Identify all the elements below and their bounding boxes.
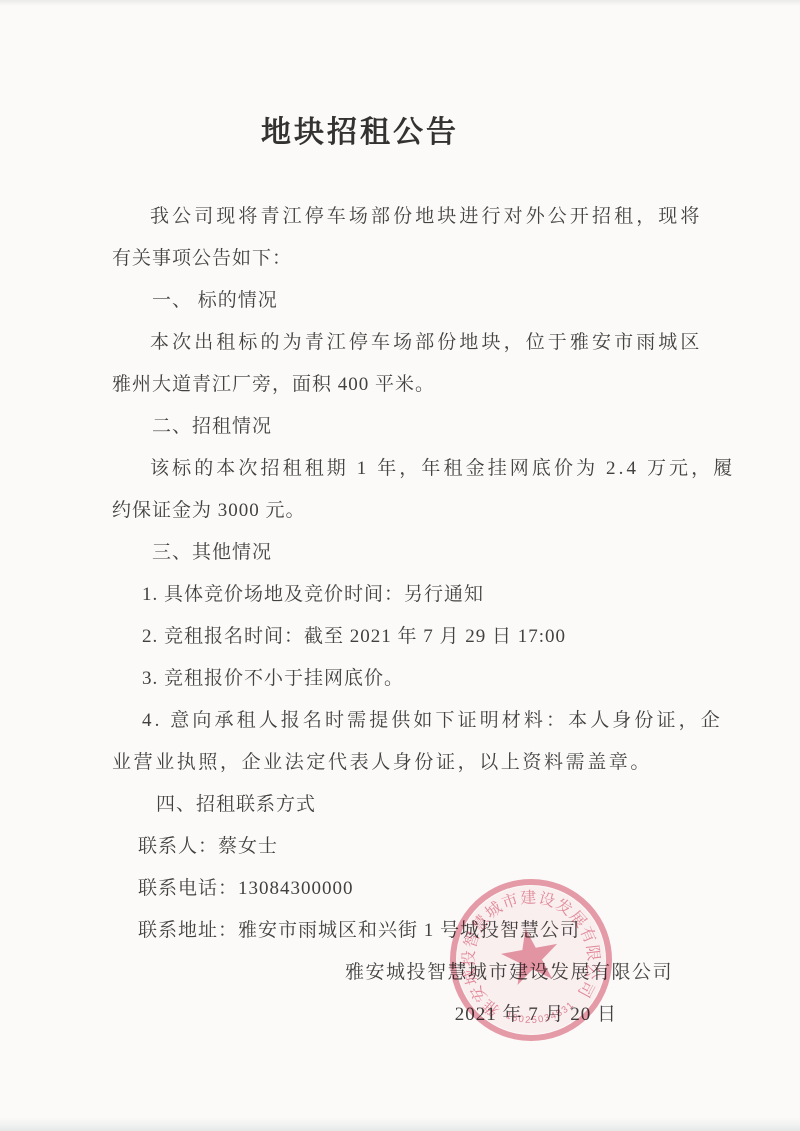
section-heading: 三、其他情况: [112, 532, 700, 574]
section-heading: 一、 标的情况: [112, 280, 700, 322]
scan-bottom-edge: [0, 1117, 800, 1131]
list-item: 2. 竞租报名时间：截至 2021 年 7 月 29 日 17:00: [112, 616, 700, 658]
signature-date-line: 2021 年 7 月 20 日: [112, 994, 700, 1036]
contact-person-line: 联系人：蔡女士: [112, 826, 700, 868]
paragraph-line: 我公司现将青江停车场部份地块进行对外公开招租，现将: [112, 196, 700, 238]
list-item: 1. 具体竞价场地及竞价时间：另行通知: [112, 574, 700, 616]
contact-phone-line: 联系电话：13084300000: [112, 868, 700, 910]
signature-company-line: 雅安城投智慧城市建设发展有限公司: [112, 952, 700, 994]
document-page: 地块招租公告 我公司现将青江停车场部份地块进行对外公开招租，现将 有关事项公告如…: [0, 0, 800, 1131]
document-content: 地块招租公告 我公司现将青江停车场部份地块进行对外公开招租，现将 有关事项公告如…: [0, 112, 800, 1036]
list-item-continuation: 业营业执照，企业法定代表人身份证，以上资料需盖章。: [112, 742, 700, 784]
paragraph-line: 有关事项公告如下：: [112, 238, 700, 280]
list-item: 3. 竞租报价不小于挂网底价。: [112, 658, 700, 700]
paragraph-line: 雅州大道青江厂旁，面积 400 平米。: [112, 364, 700, 406]
paragraph-line: 约保证金为 3000 元。: [112, 490, 700, 532]
list-item: 4. 意向承租人报名时需提供如下证明材料：本人身份证，企: [112, 700, 700, 742]
section-heading: 二、招租情况: [112, 406, 700, 448]
doc-title: 地块招租公告: [112, 112, 700, 154]
paragraph-line: 本次出租标的为青江停车场部份地块，位于雅安市雨城区: [112, 322, 700, 364]
scan-top-edge: [0, 0, 800, 6]
section-heading: 四、招租联系方式: [112, 784, 700, 826]
paragraph-line: 该标的本次招租租期 1 年，年租金挂网底价为 2.4 万元，履: [112, 448, 700, 490]
contact-address-line: 联系地址：雅安市雨城区和兴街 1 号城投智慧公司: [112, 910, 700, 952]
